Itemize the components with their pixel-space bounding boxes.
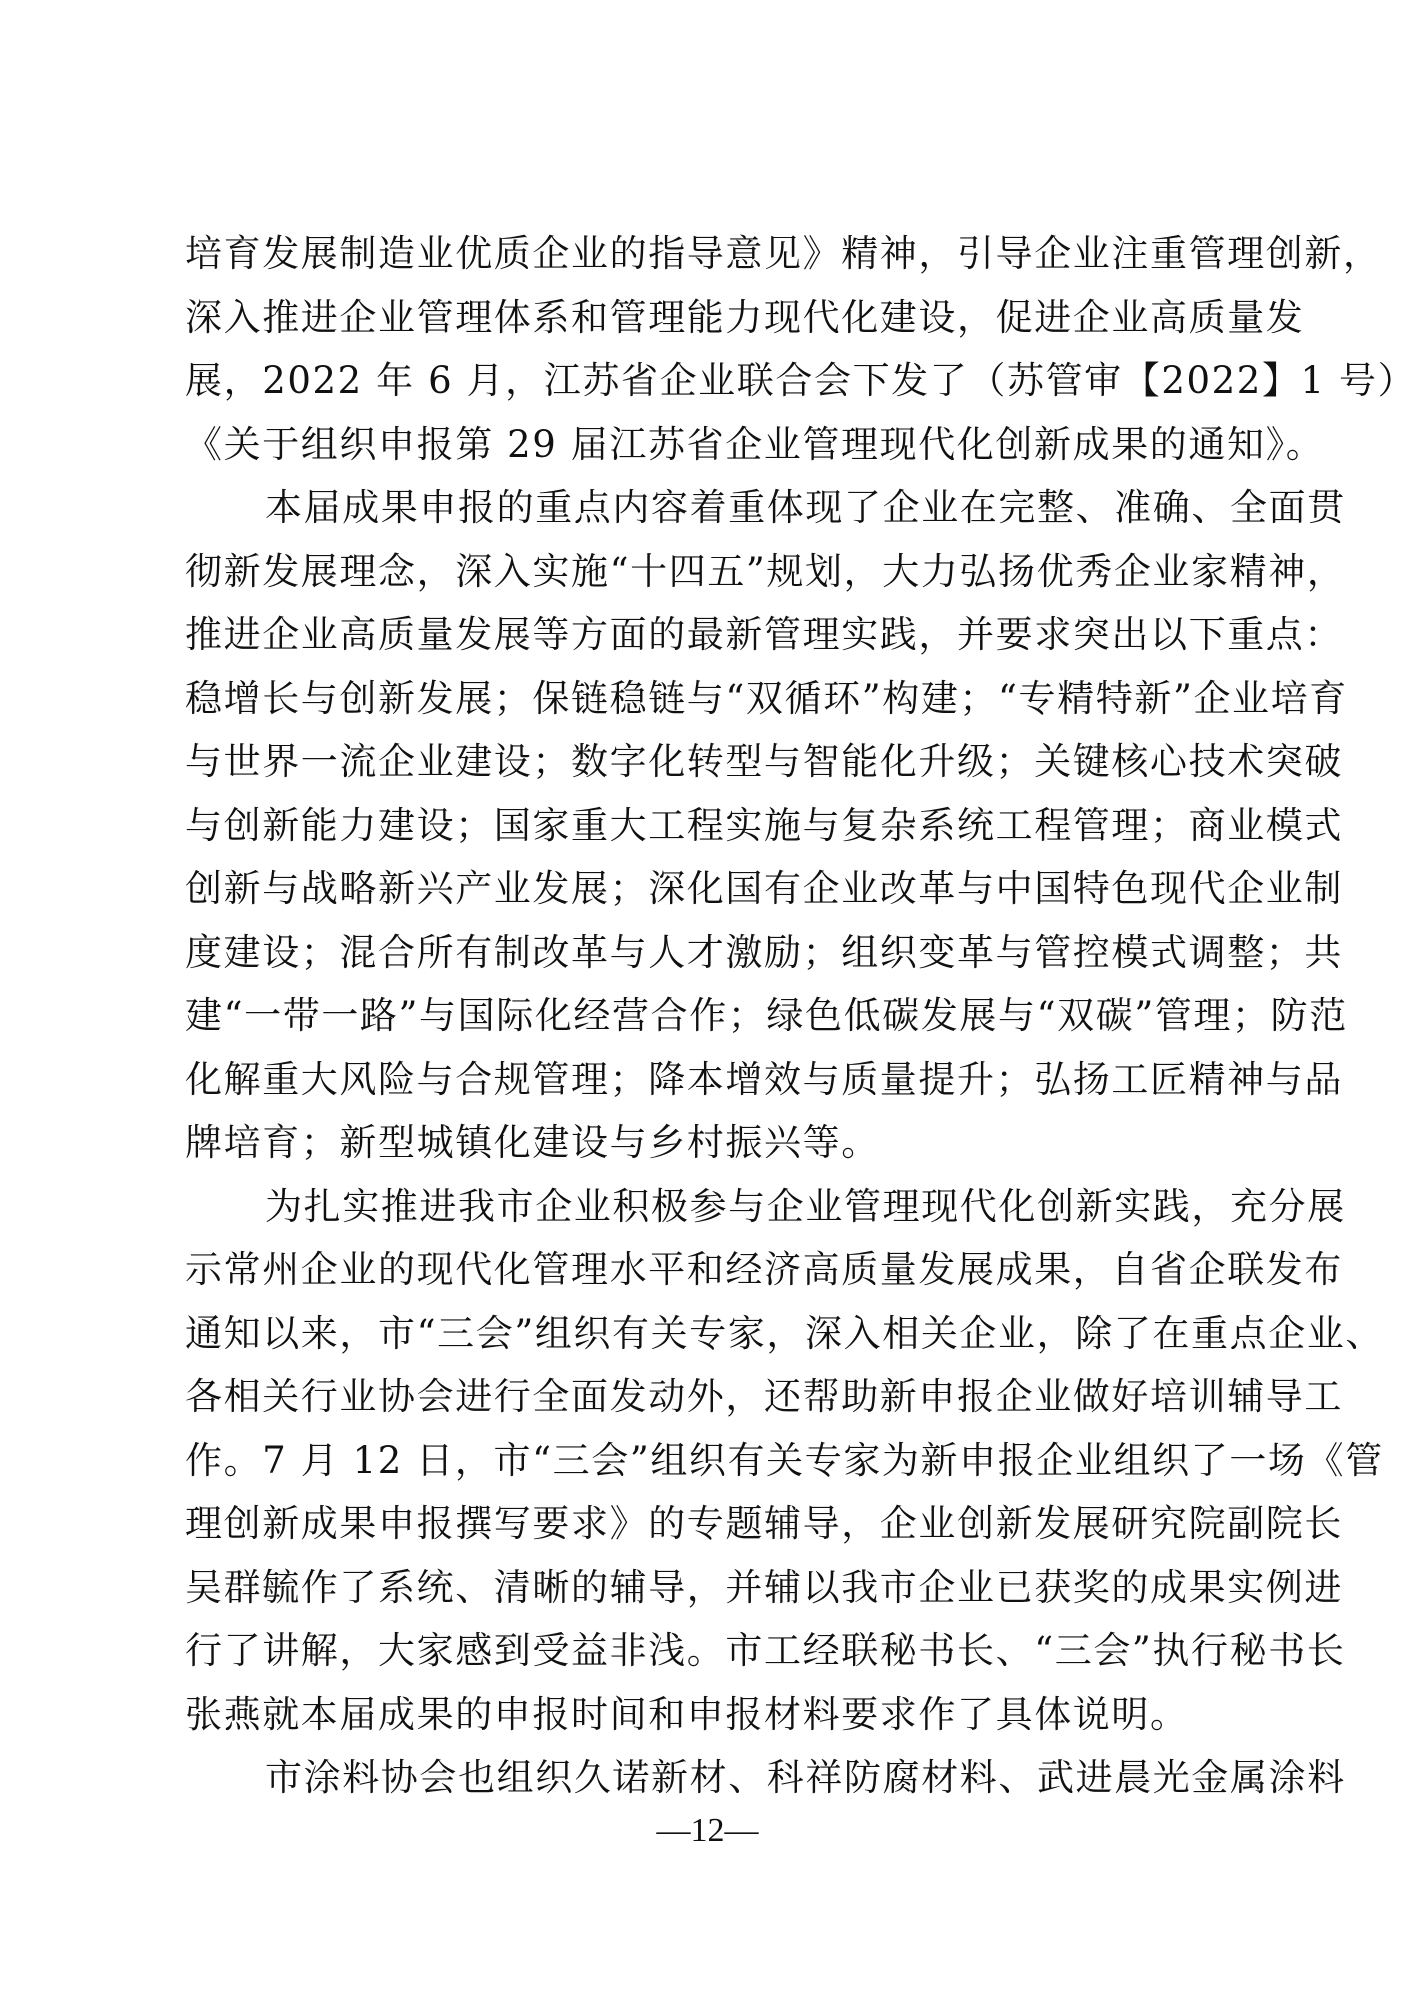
text-line: 张燕就本届成果的申报时间和申报材料要求作了具体说明。 bbox=[185, 1683, 1230, 1747]
text-line: 推进企业高质量发展等方面的最新管理实践，并要求突出以下重点： bbox=[185, 603, 1230, 667]
text-line: 展，2022 年 6 月，江苏省企业联合会下发了（苏管审【2022】1 号） bbox=[185, 349, 1230, 413]
document-page: 培育发展制造业优质企业的指导意见》精神，引导企业注重管理创新，深入推进企业管理体… bbox=[0, 0, 1415, 2000]
text-line: 建“一带一路”与国际化经营合作；绿色低碳发展与“双碳”管理；防范 bbox=[185, 984, 1230, 1048]
text-line: 稳增长与创新发展；保链稳链与“双循环”构建；“专精特新”企业培育 bbox=[185, 667, 1230, 731]
text-line: 牌培育；新型城镇化建设与乡村振兴等。 bbox=[185, 1111, 1230, 1175]
text-line: 本届成果申报的重点内容着重体现了企业在完整、准确、全面贯 bbox=[185, 476, 1230, 540]
text-line: 市涂料协会也组织久诺新材、科祥防腐材料、武进晨光金属涂料 bbox=[185, 1746, 1230, 1810]
text-line: 化解重大风险与合规管理；降本增效与质量提升；弘扬工匠精神与品 bbox=[185, 1048, 1230, 1112]
text-line: 吴群毓作了系统、清晰的辅导，并辅以我市企业已获奖的成果实例进 bbox=[185, 1556, 1230, 1620]
text-line: 作。7 月 12 日，市“三会”组织有关专家为新申报企业组织了一场《管 bbox=[185, 1429, 1230, 1493]
body-text: 培育发展制造业优质企业的指导意见》精神，引导企业注重管理创新，深入推进企业管理体… bbox=[185, 222, 1230, 1810]
text-line: 创新与战略新兴产业发展；深化国有企业改革与中国特色现代企业制 bbox=[185, 857, 1230, 921]
text-line: 为扎实推进我市企业积极参与企业管理现代化创新实践，充分展 bbox=[185, 1175, 1230, 1239]
text-line: 培育发展制造业优质企业的指导意见》精神，引导企业注重管理创新， bbox=[185, 222, 1230, 286]
page-number: —12— bbox=[0, 1812, 1415, 1850]
text-line: 《关于组织申报第 29 届江苏省企业管理现代化创新成果的通知》。 bbox=[185, 413, 1230, 477]
text-line: 行了讲解，大家感到受益非浅。市工经联秘书长、“三会”执行秘书长 bbox=[185, 1619, 1230, 1683]
text-line: 与创新能力建设；国家重大工程实施与复杂系统工程管理；商业模式 bbox=[185, 794, 1230, 858]
text-line: 度建设；混合所有制改革与人才激励；组织变革与管控模式调整；共 bbox=[185, 921, 1230, 985]
text-line: 深入推进企业管理体系和管理能力现代化建设，促进企业高质量发 bbox=[185, 286, 1230, 350]
text-line: 彻新发展理念，深入实施“十四五”规划，大力弘扬优秀企业家精神， bbox=[185, 540, 1230, 604]
text-line: 通知以来，市“三会”组织有关专家，深入相关企业，除了在重点企业、 bbox=[185, 1302, 1230, 1366]
text-line: 示常州企业的现代化管理水平和经济高质量发展成果，自省企联发布 bbox=[185, 1238, 1230, 1302]
text-line: 理创新成果申报撰写要求》的专题辅导，企业创新发展研究院副院长 bbox=[185, 1492, 1230, 1556]
text-line: 各相关行业协会进行全面发动外，还帮助新申报企业做好培训辅导工 bbox=[185, 1365, 1230, 1429]
text-line: 与世界一流企业建设；数字化转型与智能化升级；关键核心技术突破 bbox=[185, 730, 1230, 794]
